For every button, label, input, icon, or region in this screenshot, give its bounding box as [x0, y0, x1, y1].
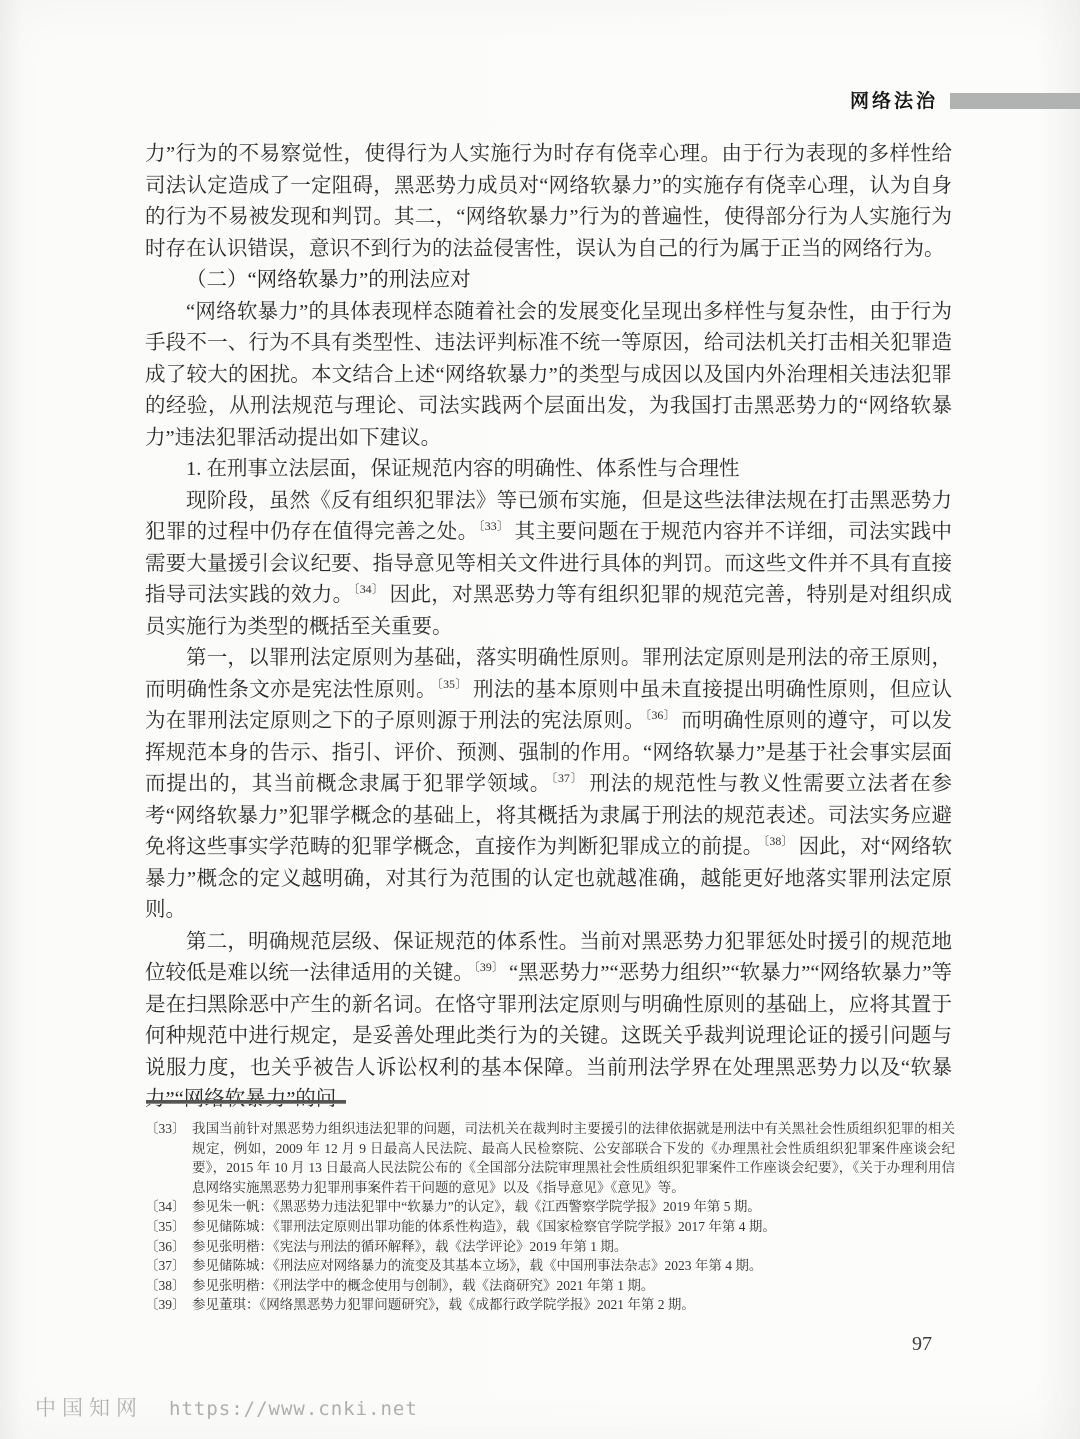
document-page: 网络法治 力”行为的不易察觉性，使得行为人实施行为时存有侥幸心理。由于行为表现的…: [0, 0, 1080, 1439]
footnote-text: 我国当前针对黑恶势力组织违法犯罪的问题，司法机关在裁判时主要援引的法律依据就是刑…: [192, 1119, 955, 1197]
footnotes-block: 〔33〕 我国当前针对黑恶势力组织违法犯罪的问题，司法机关在裁判时主要援引的法律…: [145, 1119, 955, 1315]
footnote-separator-rule: [146, 1100, 346, 1104]
paragraph-second-point: 第二，明确规范层级、保证规范的体系性。当前对黑恶势力犯罪惩处时援引的规范地位较低…: [145, 927, 952, 1116]
paragraph-overview: “网络软暴力”的具体表现样态随着社会的发展变化呈现出多样性与复杂性，由于行为手段…: [145, 297, 952, 455]
cnki-watermark: 中国知网 https://www.cnki.net: [35, 1392, 418, 1422]
footnote-item: 〔39〕 参见董琪：《网络黑恶势力犯罪问题研究》，载《成都行政学院学报》2021…: [145, 1295, 955, 1315]
footnote-item: 〔34〕 参见朱一帆：《黑恶势力违法犯罪中“软暴力”的认定》，载《江西警察学院学…: [145, 1197, 955, 1217]
footnote-label: 〔34〕: [145, 1197, 192, 1217]
footnote-item: 〔33〕 我国当前针对黑恶势力组织违法犯罪的问题，司法机关在裁判时主要援引的法律…: [145, 1119, 955, 1197]
footnote-text: 参见张明楷：《刑法学中的概念使用与创制》，载《法商研究》2021 年第 1 期。: [192, 1276, 955, 1296]
article-body: 力”行为的不易察觉性，使得行为人实施行为时存有侥幸心理。由于行为表现的多样性给司…: [145, 139, 952, 1116]
paragraph-continuation: 力”行为的不易察觉性，使得行为人实施行为时存有侥幸心理。由于行为表现的多样性给司…: [145, 139, 952, 265]
footnote-item: 〔35〕 参见储陈城：《罪刑法定原则出罪功能的体系性构造》，载《国家检察官学院学…: [145, 1217, 955, 1237]
footnote-reference-marker: 〔37〕: [551, 771, 583, 785]
footnote-reference-marker: 〔33〕: [478, 519, 509, 533]
footnote-label: 〔37〕: [145, 1256, 192, 1276]
paragraph-first-point: 第一，以罪刑法定原则为基础，落实明确性原则。罪刑法定原则是刑法的帝王原则，而明确…: [145, 643, 952, 927]
footnote-label: 〔35〕: [145, 1217, 192, 1237]
paragraph-legislation: 现阶段，虽然《反有组织犯罪法》等已颁布实施，但是这些法律法规在打击黑恶势力犯罪的…: [145, 486, 952, 644]
footnote-reference-marker: 〔38〕: [763, 834, 793, 848]
footnote-item: 〔37〕 参见储陈城：《刑法应对网络暴力的流变及其基本立场》，载《中国刑事法杂志…: [145, 1256, 955, 1276]
footnote-item: 〔38〕 参见张明楷：《刑法学中的概念使用与创制》，载《法商研究》2021 年第…: [145, 1276, 955, 1296]
subsection-heading: 1. 在刑事立法层面，保证规范内容的明确性、体系性与合理性: [145, 454, 952, 486]
header-decorative-bar: [950, 93, 1080, 109]
footnote-reference-marker: 〔36〕: [645, 708, 676, 722]
footnote-reference-marker: 〔35〕: [437, 677, 468, 691]
footnote-text: 参见储陈城：《刑法应对网络暴力的流变及其基本立场》，载《中国刑事法杂志》2023…: [192, 1256, 955, 1276]
footnote-label: 〔39〕: [145, 1295, 192, 1315]
footnote-label: 〔38〕: [145, 1276, 192, 1296]
page-header-section-title: 网络法治: [850, 86, 938, 113]
footnote-item: 〔36〕 参见张明楷：《宪法与刑法的循环解释》，载《法学评论》2019 年第 1…: [145, 1237, 955, 1257]
footnote-label: 〔36〕: [145, 1237, 192, 1257]
cnki-site-name: 中国知网: [35, 1392, 143, 1422]
cnki-url: https://www.cnki.net: [169, 1398, 418, 1420]
page-number: 97: [912, 1333, 932, 1356]
footnote-reference-marker: 〔34〕: [353, 582, 384, 596]
footnote-text: 参见董琪：《网络黑恶势力犯罪问题研究》，载《成都行政学院学报》2021 年第 2…: [192, 1295, 955, 1315]
footnote-text: 参见张明楷：《宪法与刑法的循环解释》，载《法学评论》2019 年第 1 期。: [192, 1237, 955, 1257]
footnote-text: 参见朱一帆：《黑恶势力违法犯罪中“软暴力”的认定》，载《江西警察学院学报》201…: [192, 1197, 955, 1217]
section-heading: （二）“网络软暴力”的刑法应对: [145, 265, 952, 297]
footnote-label: 〔33〕: [145, 1119, 192, 1197]
footnote-reference-marker: 〔39〕: [474, 960, 504, 974]
footnote-text: 参见储陈城：《罪刑法定原则出罪功能的体系性构造》，载《国家检察官学院学报》201…: [192, 1217, 955, 1237]
